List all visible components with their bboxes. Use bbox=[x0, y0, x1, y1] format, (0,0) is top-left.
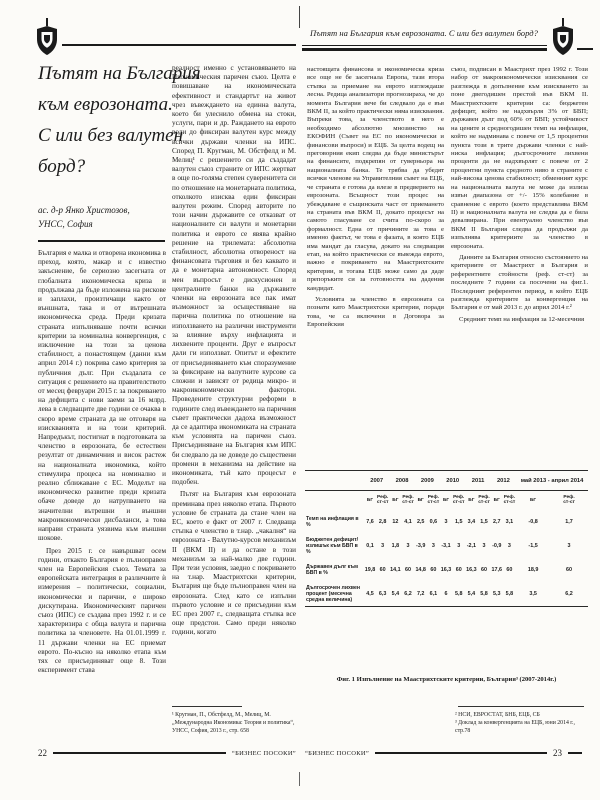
title-line: борд? bbox=[38, 151, 166, 182]
table-cell: -0,8 bbox=[516, 510, 550, 534]
table-cell: 0,6 bbox=[427, 510, 440, 534]
publisher-crest-icon bbox=[552, 18, 574, 58]
table-cell: 60 bbox=[477, 558, 490, 582]
table-year-header: май 2013 - април 2014 bbox=[516, 471, 588, 491]
table-cell: 60 bbox=[503, 558, 516, 582]
table-cell: 60 bbox=[427, 558, 440, 582]
article-title: Пътят на България към еврозоната. С или … bbox=[38, 58, 166, 182]
right-column-2: съюз, подписан в Маастрихт през 1992 г. … bbox=[451, 66, 588, 462]
table-cell: 6 bbox=[440, 582, 452, 607]
figure-1: 200720082009201020112012май 2013 - април… bbox=[305, 470, 588, 607]
table-cell: 14,8 bbox=[415, 558, 427, 582]
footnote-1: ¹ Кругман, П., Обстфелд, М., Мелиц, М. „… bbox=[172, 711, 296, 735]
left-header-rule bbox=[62, 44, 296, 46]
table-subheader: БГ bbox=[516, 491, 550, 511]
table-subheader: Реф. ст-ст bbox=[376, 491, 389, 511]
figure-caption: Фиг. 1 Изпълнение на Маастрихтските крит… bbox=[305, 676, 588, 683]
author-block: ас. д-р Янко Христозов, УНСС, София bbox=[38, 203, 166, 231]
table-cell: 18,9 bbox=[516, 558, 550, 582]
author-affiliation: УНСС, София bbox=[38, 217, 166, 231]
table-cell: 5,3 bbox=[491, 582, 503, 607]
table-row-label: Бюджетен дефицит/излишък към БВП в % bbox=[305, 534, 364, 558]
table-cell: 3,1 bbox=[503, 510, 516, 534]
table-cell: 4,5 bbox=[364, 582, 376, 607]
table-cell: 12 bbox=[389, 510, 401, 534]
table-cell: 3 bbox=[503, 534, 516, 558]
table-cell: -2,1 bbox=[465, 534, 477, 558]
table-corner bbox=[305, 491, 364, 511]
fold-mark-bottom bbox=[299, 772, 300, 786]
title-line: Пътят на България bbox=[38, 58, 166, 89]
table-year-header: 2007 bbox=[364, 471, 389, 491]
body-paragraph: Средният темп на инфлация за 12-месечния bbox=[451, 316, 588, 324]
left-column-2: реалност именно с установяването на Икон… bbox=[172, 64, 296, 700]
table-cell: 3 bbox=[401, 534, 414, 558]
table-row-label: Темп на инфлация в % bbox=[305, 510, 364, 534]
table-subheader: Реф. ст-ст bbox=[427, 491, 440, 511]
table-cell: 2,5 bbox=[415, 510, 427, 534]
footnote-block: ² НСИ, ЕВРОСТАТ, БНБ, ЕЦБ, СБ ³ Доклад з… bbox=[455, 711, 588, 735]
table-cell: 1,8 bbox=[389, 534, 401, 558]
body-paragraph: реалност именно с установяването на Икон… bbox=[172, 64, 296, 487]
table-cell: 2,8 bbox=[376, 510, 389, 534]
footer-rule bbox=[53, 752, 226, 754]
table-cell: 6,1 bbox=[427, 582, 440, 607]
table-cell: 17,6 bbox=[491, 558, 503, 582]
footnote-rule bbox=[458, 706, 584, 707]
table-cell: 60 bbox=[376, 558, 389, 582]
title-separator-rule bbox=[38, 240, 165, 242]
table-cell: -1,5 bbox=[516, 534, 550, 558]
table-year-header: 2008 bbox=[389, 471, 414, 491]
table-cell: 3 bbox=[376, 534, 389, 558]
table-subheader: Реф. ст-ст bbox=[401, 491, 414, 511]
table-cell: 14,1 bbox=[389, 558, 401, 582]
table-cell: 3 bbox=[477, 534, 490, 558]
page-number: 23 bbox=[553, 748, 562, 758]
table-cell: 3 bbox=[452, 534, 465, 558]
table-cell: 1,7 bbox=[550, 510, 588, 534]
footnote-rule bbox=[172, 706, 242, 707]
fold-mark-top bbox=[299, 6, 300, 28]
table-cell: 3 bbox=[440, 510, 452, 534]
table-cell: 5,8 bbox=[477, 582, 490, 607]
table-subheader: Реф. ст-ст bbox=[550, 491, 588, 511]
table-subheader: БГ bbox=[491, 491, 503, 511]
left-column-1: България е малка и отворена икономика в … bbox=[38, 249, 166, 701]
table-cell: 3,5 bbox=[516, 582, 550, 607]
title-line: С или без валутен bbox=[38, 120, 166, 151]
table-cell: -0,9 bbox=[491, 534, 503, 558]
publisher-crest-icon bbox=[36, 18, 58, 58]
table-cell: 1,5 bbox=[477, 510, 490, 534]
table-cell: 5,4 bbox=[389, 582, 401, 607]
body-paragraph: През 2015 г. се навършват осем години, о… bbox=[38, 547, 166, 676]
body-paragraph: настоящата финансова и икономическа криз… bbox=[307, 66, 444, 293]
table-year-header: 2010 bbox=[440, 471, 465, 491]
table-subheader: Реф. ст-ст bbox=[503, 491, 516, 511]
table-year-header: 2011 bbox=[465, 471, 490, 491]
right-header-rule-thick bbox=[302, 48, 547, 51]
table-year-header: 2012 bbox=[491, 471, 516, 491]
table-subheader: БГ bbox=[465, 491, 477, 511]
table-subheader: БГ bbox=[389, 491, 401, 511]
page-number: 22 bbox=[38, 748, 47, 758]
footnote-2: ² НСИ, ЕВРОСТАТ, БНБ, ЕЦБ, СБ bbox=[455, 711, 588, 719]
body-paragraph: България е малка и отворена икономика в … bbox=[38, 249, 166, 544]
table-cell: 3 bbox=[550, 534, 588, 558]
table-cell: 3 bbox=[427, 534, 440, 558]
right-page-footer: “БИЗНЕС ПОСОКИ” 23 bbox=[305, 748, 588, 758]
right-column-1: настоящата финансова и икономическа криз… bbox=[307, 66, 444, 436]
left-page-footer: 22 “БИЗНЕС ПОСОКИ” bbox=[38, 748, 296, 758]
table-cell: 7,2 bbox=[415, 582, 427, 607]
table-cell: 19,8 bbox=[364, 558, 376, 582]
right-header-rule-stub bbox=[577, 48, 593, 50]
table-cell: 6,2 bbox=[550, 582, 588, 607]
table-subheader: Реф. ст-ст bbox=[452, 491, 465, 511]
table-cell: 0,1 bbox=[364, 534, 376, 558]
table-row-label: Държавен дълг към БВП в % bbox=[305, 558, 364, 582]
table-cell: 60 bbox=[452, 558, 465, 582]
journal-name: “БИЗНЕС ПОСОКИ” bbox=[232, 750, 296, 757]
table-cell: 5,8 bbox=[503, 582, 516, 607]
table-cell: 60 bbox=[550, 558, 588, 582]
title-line: към еврозоната. bbox=[38, 89, 166, 120]
table-cell: 3,4 bbox=[465, 510, 477, 534]
body-paragraph: Данните за България относно състоянието … bbox=[451, 254, 588, 313]
body-paragraph: Условията за членство в еврозоната са по… bbox=[307, 296, 444, 330]
table-subheader: БГ bbox=[415, 491, 427, 511]
journal-name: “БИЗНЕС ПОСОКИ” bbox=[305, 750, 369, 757]
table-cell: 60 bbox=[401, 558, 414, 582]
table-cell: 16,3 bbox=[440, 558, 452, 582]
maastricht-table: 200720082009201020112012май 2013 - април… bbox=[305, 470, 588, 607]
table-year-header: 2009 bbox=[415, 471, 440, 491]
table-subheader: БГ bbox=[364, 491, 376, 511]
table-row-label: Дългосрочен лихвен процент (месечна сред… bbox=[305, 582, 364, 607]
right-header-rule-thin bbox=[302, 45, 547, 46]
table-corner bbox=[305, 471, 364, 491]
table-cell: 5,8 bbox=[452, 582, 465, 607]
table-cell: 6,2 bbox=[401, 582, 414, 607]
footer-rule-stub bbox=[568, 752, 582, 754]
table-cell: 5,4 bbox=[465, 582, 477, 607]
body-paragraph: Пътят на България към еврозоната премина… bbox=[172, 490, 296, 637]
table-subheader: БГ bbox=[440, 491, 452, 511]
table-cell: -3,1 bbox=[440, 534, 452, 558]
body-paragraph: съюз, подписан в Маастрихт през 1992 г. … bbox=[451, 66, 588, 251]
running-title: Пътят на България към еврозоната. С или … bbox=[310, 28, 550, 38]
author-name: ас. д-р Янко Христозов, bbox=[38, 203, 166, 217]
table-cell: 7,6 bbox=[364, 510, 376, 534]
footer-rule bbox=[375, 752, 547, 754]
table-cell: 6,3 bbox=[376, 582, 389, 607]
table-subheader: Реф. ст-ст bbox=[477, 491, 490, 511]
table-cell: 1,5 bbox=[452, 510, 465, 534]
table-cell: 4,1 bbox=[401, 510, 414, 534]
magazine-spread: { "colors": {"paper": "#fcfbf8", "ink": … bbox=[0, 0, 600, 800]
footnote-3: ³ Доклад за конвергенцията на ЕЦБ, юни 2… bbox=[455, 719, 588, 735]
table-cell: 16,3 bbox=[465, 558, 477, 582]
table-cell: 2,7 bbox=[491, 510, 503, 534]
table-cell: -3,9 bbox=[415, 534, 427, 558]
